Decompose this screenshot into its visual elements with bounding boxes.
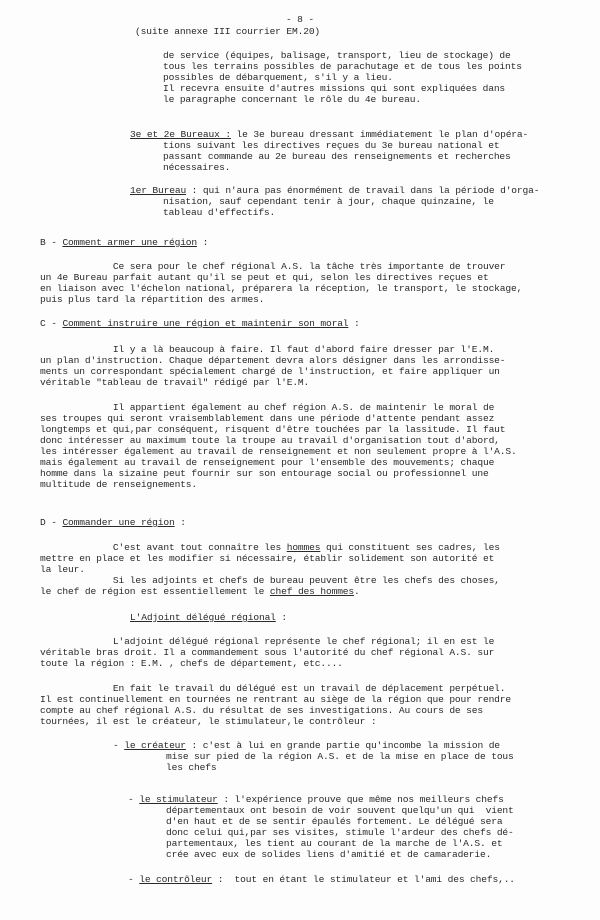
section-suffix: : <box>175 517 186 528</box>
page-number: - 8 - <box>0 14 600 25</box>
text-line: ses troupes qui seront vraisemblablement… <box>40 413 494 424</box>
underlined-phrase: chef des hommes <box>270 586 354 597</box>
text-line: d'en haut et de se sentir épaulés fortem… <box>166 816 502 827</box>
section-title: Comment armer une région <box>62 237 197 248</box>
text-line: possibles de débarquement, s'il y a lieu… <box>163 72 393 83</box>
role-label: le créateur <box>124 740 186 751</box>
section-title: Commander une région <box>62 517 174 528</box>
text-line: C'est avant tout connaître les hommes qu… <box>40 542 500 553</box>
text-line: En fait le travail du délégué est un tra… <box>40 683 505 694</box>
text-span: : c'est à lui en grande partie qu'incomb… <box>186 740 500 751</box>
text-line: multitude de renseignements. <box>40 479 197 490</box>
text-line: nécessaires. <box>163 162 230 173</box>
text-line: Il y a là beaucoup à faire. Il faut d'ab… <box>40 344 494 355</box>
text-line: 1er Bureau : qui n'aura pas énormément d… <box>130 185 539 196</box>
text-line: puis plus tard la répartition des armes. <box>40 294 264 305</box>
text-line: nisation, sauf cependant tenir à jour, c… <box>163 196 494 207</box>
section-title: L'Adjoint délégué régional <box>130 612 276 623</box>
text-line: compte au chef régional A.S. du résultat… <box>40 705 483 716</box>
text-line: Il recevra ensuite d'autres missions qui… <box>163 83 505 94</box>
text-line: crée avec eux de solides liens d'amitié … <box>166 849 491 860</box>
text-line: Il appartient également au chef région A… <box>40 402 494 413</box>
section-prefix: D - <box>40 517 62 528</box>
text-line: Il est continuellement en tournées ne re… <box>40 694 511 705</box>
text-line: - le contrôleur : tout en étant le stimu… <box>128 874 515 885</box>
text-line: tableau d'effectifs. <box>163 207 275 218</box>
text-line: passant commande au 2e bureau des rensei… <box>163 151 511 162</box>
text-line: mise sur pied de la région A.S. et de la… <box>166 751 514 762</box>
text-line: L'adjoint délégué régional représente le… <box>40 636 494 647</box>
document-page: - 8 - (suite annexe III courrier EM.20) … <box>0 0 600 920</box>
text-line: partementaux, les tient au courant de la… <box>166 838 502 849</box>
text-line: longtemps et qui,par conséquent, risquen… <box>40 424 505 435</box>
section-b-heading: B - Comment armer une région : <box>40 237 208 248</box>
text-line: les intéresser également au travail de r… <box>40 446 517 457</box>
text-line: Ce sera pour le chef régional A.S. la tâ… <box>40 261 505 272</box>
text-line: le paragraphe concernant le rôle du 4e b… <box>163 94 421 105</box>
text-span: qui constituent ses cadres, les <box>320 542 499 553</box>
text-line: homme dans la sizaine peut fournir sur s… <box>40 468 489 479</box>
text-line: un plan d'instruction. Chaque départemen… <box>40 355 505 366</box>
text-line: - le stimulateur : l'expérience prouve q… <box>128 794 504 805</box>
text-line: donc celui qui,par ses visites, stimule … <box>166 827 514 838</box>
text-line: un 4e Bureau parfait autant qu'il se peu… <box>40 272 489 283</box>
text-line: 3e et 2e Bureaux : le 3e bureau dressant… <box>130 129 528 140</box>
text-line: véritable "tableau de travail" rédigé pa… <box>40 377 309 388</box>
text-line: en liaison avec l'échelon national, prép… <box>40 283 522 294</box>
text-span: : l'expérience prouve que même nos meill… <box>218 794 504 805</box>
text-line: départementaux ont besoin de voir souven… <box>166 805 514 816</box>
text-line: de service (équipes, balisage, transport… <box>163 50 511 61</box>
text-line: tous les terrains possibles de parachuta… <box>163 61 522 72</box>
text-span: : tout en étant le stimulateur et l'ami … <box>212 874 515 885</box>
text-span: : qui n'aura pas énormément de travail d… <box>186 185 539 196</box>
bullet-dash: - <box>128 874 139 885</box>
section-d-heading: D - Commander une région : <box>40 517 186 528</box>
text-line: la leur. <box>40 564 85 575</box>
text-line: - le créateur : c'est à lui en grande pa… <box>113 740 500 751</box>
text-line: toute la région : E.M. , chefs de départ… <box>40 658 343 669</box>
text-span: le chef de région est essentiellement le <box>40 586 270 597</box>
bullet-dash: - <box>128 794 139 805</box>
text-line: les chefs <box>166 762 216 773</box>
text-span: . <box>354 586 360 597</box>
section-c-heading: C - Comment instruire une région et main… <box>40 318 360 329</box>
text-line: le chef de région est essentiellement le… <box>40 586 360 597</box>
section-title: Comment instruire une région et mainteni… <box>62 318 348 329</box>
bureau-label: 1er Bureau <box>130 185 186 196</box>
text-line: mais également au travail de renseigneme… <box>40 457 494 468</box>
text-line: Si les adjoints et chefs de bureau peuve… <box>40 575 500 586</box>
role-label: le contrôleur <box>139 874 212 885</box>
text-line: mettre en place et les modifier si néces… <box>40 553 494 564</box>
bullet-dash: - <box>113 740 124 751</box>
section-prefix: B - <box>40 237 62 248</box>
text-span: C'est avant tout connaître les <box>40 542 287 553</box>
text-line: tions suivant les directives reçues du 3… <box>163 140 499 151</box>
section-suffix: : <box>276 612 287 623</box>
text-line: tournées, il est le créateur, le stimula… <box>40 716 376 727</box>
text-line: ments un correspondant spécialement char… <box>40 366 500 377</box>
text-line: donc intéresser au maximum toute la trou… <box>40 435 500 446</box>
text-line: véritable bras droit. Il a commandement … <box>40 647 494 658</box>
section-suffix: : <box>348 318 359 329</box>
underlined-word: hommes <box>287 542 321 553</box>
section-prefix: C - <box>40 318 62 329</box>
bureau-label: 3e et 2e Bureaux : <box>130 129 231 140</box>
text-span: le 3e bureau dressant immédiatement le p… <box>231 129 528 140</box>
document-subtitle: (suite annexe III courrier EM.20) <box>135 26 320 37</box>
section-suffix: : <box>197 237 208 248</box>
adjoint-heading: L'Adjoint délégué régional : <box>130 612 287 623</box>
role-label: le stimulateur <box>139 794 218 805</box>
